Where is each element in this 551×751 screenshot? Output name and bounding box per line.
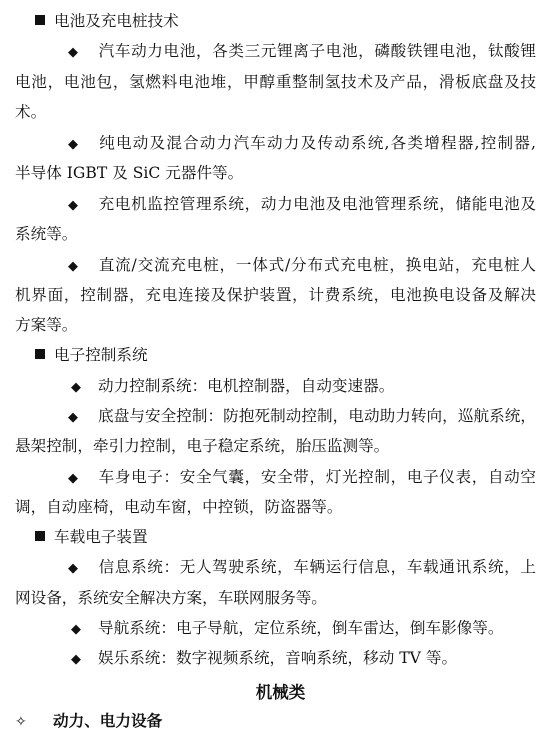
list-item-continuation: 悬架控制，牵引力控制，电子稳定系统，胎压监测等。 [15, 436, 536, 456]
section-heading: 车载电子装置 [35, 527, 536, 547]
list-item-continuation: 网设备，系统安全解决方案，车联网服务等。 [15, 588, 536, 608]
category-heading: 机械类 [10, 679, 551, 703]
diamond-bullet-icon: ◆ [68, 378, 84, 398]
diamond-bullet-icon: ◆ [68, 196, 84, 216]
square-bullet-icon [35, 15, 45, 25]
list-item: ◆直流/交流充电桩，一体式/分布式充电桩，换电站，充电桩人 [68, 255, 536, 277]
diamond-bullet-icon: ◆ [68, 559, 84, 579]
list-item-continuation: 方案等。 [15, 315, 536, 335]
list-item: ◆动力控制系统：电机控制器，自动变速器。 [68, 376, 536, 398]
diamond-bullet-icon: ◆ [68, 43, 84, 63]
list-item: ◆娱乐系统：数字视频系统，音响系统，移动 TV 等。 [68, 648, 536, 670]
square-bullet-icon [35, 349, 45, 359]
list-item-continuation: 术。 [15, 102, 536, 122]
document-page: 电池及充电桩技术 ◆汽车动力电池，各类三元锂离子电池，磷酸铁锂电池，钛酸锂 电池… [0, 0, 551, 751]
list-item-continuation: 电池，电池包，氢燃料电池堆，甲醇重整制氢技术及产品，滑板底盘及技 [15, 72, 536, 92]
diamond-bullet-icon: ◆ [68, 469, 84, 489]
diamond-bullet-icon: ◆ [68, 620, 84, 640]
four-point-star-icon: ✧ [15, 712, 35, 732]
diamond-bullet-icon: ◆ [68, 650, 84, 670]
list-item: ◆车身电子：安全气囊，安全带，灯光控制，电子仪表，自动空 [68, 467, 536, 489]
section-heading: 电池及充电桩技术 [35, 11, 536, 31]
section-heading: 电子控制系统 [35, 345, 536, 365]
subsection-heading: ✧动力、电力设备 [15, 711, 536, 732]
diamond-bullet-icon: ◆ [68, 135, 84, 155]
list-item: ◆信息系统：无人驾驶系统，车辆运行信息，车载通讯系统，上 [68, 557, 536, 579]
list-item: ◆纯电动及混合动力汽车动力及传动系统,各类增程器,控制器, [68, 133, 536, 155]
list-item-continuation: 调，自动座椅，电动车窗，中控锁，防盗器等。 [15, 497, 536, 517]
list-item: ◆底盘与安全控制：防抱死制动控制，电动助力转向，巡航系统， [68, 406, 536, 428]
diamond-bullet-icon: ◆ [68, 408, 84, 428]
list-item-continuation: 系统等。 [15, 224, 536, 244]
list-item-continuation: 半导体 IGBT 及 SiC 元器件等。 [15, 163, 536, 183]
square-bullet-icon [35, 531, 45, 541]
list-item: ◆汽车动力电池，各类三元锂离子电池，磷酸铁锂电池，钛酸锂 [68, 41, 536, 63]
list-item: ◆充电机监控管理系统，动力电池及电池管理系统，储能电池及 [68, 194, 536, 216]
list-item: ◆导航系统：电子导航，定位系统，倒车雷达，倒车影像等。 [68, 618, 536, 640]
diamond-bullet-icon: ◆ [68, 257, 84, 277]
list-item-continuation: 机界面，控制器，充电连接及保护装置，计费系统，电池换电设备及解决 [15, 285, 536, 305]
